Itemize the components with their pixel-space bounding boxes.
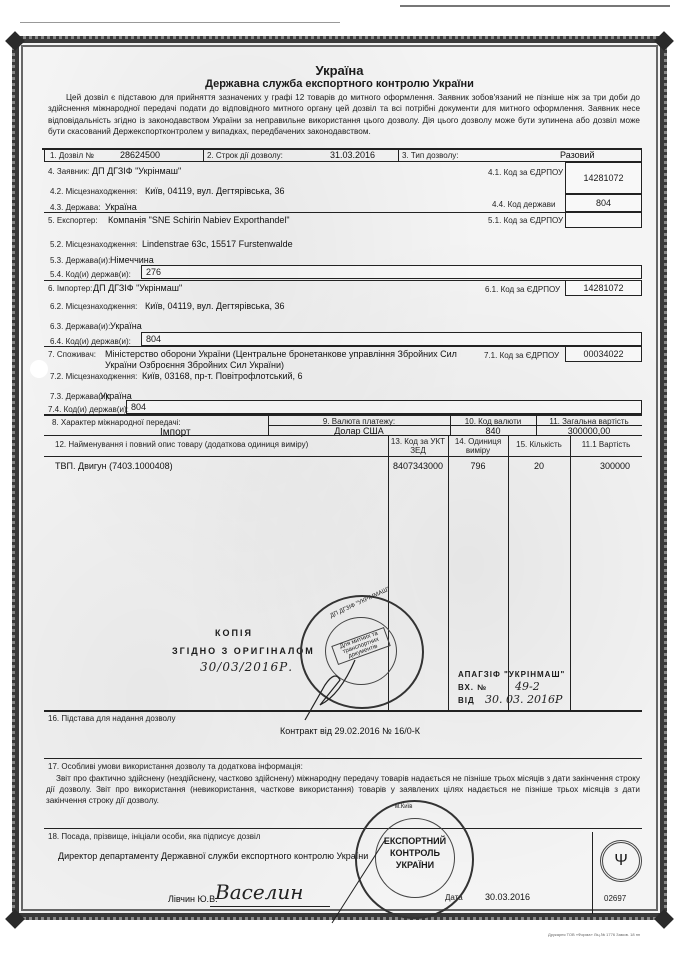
- copy-stamp-line1: КОПІЯ: [215, 628, 253, 638]
- document-agency: Державна служба експортного контролю Укр…: [0, 78, 679, 90]
- applicant-state-label: 4.3. Держава:: [50, 203, 101, 212]
- goods-header-description: 12. Найменування і повний опис товару (д…: [55, 440, 308, 449]
- divider: [44, 212, 642, 213]
- registration-date: 30. 03. 2016Р: [485, 693, 562, 706]
- document-country: Україна: [0, 63, 679, 78]
- applicant-address: Київ, 04119, вул. Дегтярівська, 36: [145, 186, 284, 196]
- signature-stroke-icon: [330, 835, 390, 925]
- table-column-divider: [508, 435, 509, 710]
- print-note: Друкарня ТОВ «Форма» Ліц.№ 1776 Замов. 1…: [548, 932, 640, 937]
- signature: Васелин: [215, 880, 303, 904]
- copy-stamp-line2: ЗГІДНО З ОРИГІНАЛОМ: [172, 646, 315, 656]
- applicant-state-code: 804: [565, 194, 642, 212]
- permit-type-label: 3. Тип дозволу:: [402, 151, 458, 160]
- exporter-state-code: 276: [141, 265, 642, 279]
- basis-value: Контракт від 29.02.2016 № 16/0-К: [280, 726, 420, 736]
- importer-address: Київ, 04119, вул. Дегтярівська, 36: [145, 301, 284, 311]
- scan-artifact-line: [20, 22, 340, 23]
- importer-name: ДП ДГЗІФ "Укрінмаш": [93, 283, 182, 293]
- consumer-name-line1: Міністерство оборони України (Центральне…: [105, 349, 457, 359]
- divider: [44, 435, 642, 436]
- goods-header-code: 13. Код за УКТ ЗЕД: [388, 437, 448, 455]
- registration-stamp-line1: АПАГЗІФ "УКРІНМАШ": [458, 670, 565, 679]
- exporter-address: Lindenstrae 63c, 15517 Furstenwalde: [142, 239, 293, 249]
- table-column-divider: [570, 435, 571, 710]
- exporter-label: 5. Експортер:: [48, 216, 98, 225]
- transfer-nature: Імпорт: [160, 427, 191, 438]
- consumer-state-code: 804: [126, 400, 642, 414]
- signatory-position: Директор департаменту Державної служби е…: [58, 851, 368, 861]
- divider: [44, 346, 642, 347]
- goods-code: 8407343000: [388, 461, 448, 471]
- consumer-edrpou: 00034022: [565, 346, 642, 362]
- divider: [44, 828, 642, 829]
- goods-description: ТВП. Двигун (7403.1000408): [55, 461, 173, 471]
- importer-state-code: 804: [141, 332, 642, 346]
- basis-label: 16. Підстава для надання дозволу: [48, 714, 175, 723]
- applicant-edrpou-label: 4.1. Код за ЄДРПОУ: [488, 168, 563, 177]
- goods-value: 300000: [600, 461, 630, 471]
- importer-label: 6. Імпортер:: [48, 284, 92, 293]
- goods-header-value: 11.1 Вартість: [570, 440, 642, 449]
- trident-emblem-icon: Ψ: [600, 840, 642, 882]
- exporter-state-code-label: 5.4. Код(и) держав(и):: [50, 270, 131, 279]
- signature-scribble-icon: [300, 655, 360, 725]
- importer-state-label: 6.3. Держава(и):: [50, 322, 110, 331]
- applicant-address-label: 4.2. Місцезнаходження:: [50, 187, 137, 196]
- applicant-state: Україна: [105, 202, 137, 212]
- intro-paragraph: Цей дозвіл є підставою для прийняття заз…: [48, 92, 640, 138]
- divider: [592, 832, 593, 914]
- special-conditions-label: 17. Особливі умови використання дозволу …: [48, 762, 303, 771]
- permit-validity: 31.03.2016: [330, 150, 375, 160]
- registration-number-label: ВХ. №: [458, 683, 487, 692]
- exporter-address-label: 5.2. Місцезнаходження:: [50, 240, 137, 249]
- permit-validity-label: 2. Строк дії дозволу:: [207, 151, 283, 160]
- registration-number: 49-2: [515, 680, 540, 693]
- table-column-divider: [448, 435, 449, 710]
- goods-header-unit: 14. Одиниця виміру: [448, 437, 508, 455]
- consumer-state-code-label: 7.4. Код(и) держав(и):: [48, 405, 129, 414]
- applicant-label: 4. Заявник:: [48, 167, 89, 176]
- registration-date-label: ВІД: [458, 696, 475, 705]
- scan-artifact-top: [400, 5, 670, 7]
- signatory-label: 18. Посада, прізвище, ініціали особи, як…: [48, 832, 260, 841]
- consumer-address-label: 7.2. Місцезнаходження:: [50, 372, 137, 381]
- total-value-label: 11. Загальна вартість: [536, 417, 642, 426]
- signature-date: 30.03.2016: [485, 892, 530, 902]
- signature-line: [210, 906, 330, 907]
- permit-number-label: 1. Дозвіл №: [50, 151, 94, 160]
- divider: [44, 710, 642, 712]
- copy-stamp-date: 30/03/2016Р.: [200, 660, 293, 674]
- divider: [203, 149, 204, 162]
- punch-hole: [30, 360, 48, 378]
- consumer-address: Київ, 03168, пр-т. Повітрофлотський, 6: [142, 371, 303, 381]
- applicant-state-code-label: 4.4. Код держави: [492, 200, 555, 209]
- divider: [398, 149, 399, 162]
- signatory-name: Лівчин Ю.В.: [168, 894, 218, 904]
- divider: [44, 456, 642, 457]
- exporter-edrpou-label: 5.1. Код за ЄДРПОУ: [488, 216, 563, 225]
- currency-code-label: 10. Код валюти: [450, 417, 536, 426]
- goods-unit: 796: [448, 461, 508, 471]
- export-control-seal-city: м.Київ: [395, 804, 413, 810]
- consumer-edrpou-label: 7.1. Код за ЄДРПОУ: [484, 351, 559, 360]
- divider: [44, 414, 642, 416]
- exporter-edrpou: [565, 212, 642, 228]
- importer-state-code-label: 6.4. Код(и) держав(и):: [50, 337, 131, 346]
- divider: [44, 758, 642, 759]
- special-conditions-text: Звіт про фактично здійснену (нездійснену…: [46, 773, 640, 806]
- importer-edrpou: 14281072: [565, 280, 642, 296]
- permit-number: 28624500: [120, 150, 160, 160]
- exporter-state: Німеччина: [110, 255, 154, 265]
- importer-state: Україна: [110, 321, 142, 331]
- applicant-edrpou: 14281072: [565, 162, 642, 194]
- consumer-name-line2: України Озброєння Збройних Сил України): [105, 360, 284, 370]
- applicant-name: ДП ДГЗІФ "Укрінмаш": [92, 166, 181, 176]
- divider: [44, 280, 642, 281]
- permit-type: Разовий: [560, 150, 594, 160]
- importer-edrpou-label: 6.1. Код за ЄДРПОУ: [485, 285, 560, 294]
- transfer-nature-label: 8. Характер міжнародної передачі:: [52, 418, 181, 427]
- exporter-state-label: 5.3. Держава(и):: [50, 256, 110, 265]
- goods-header-quantity: 15. Кількість: [508, 440, 570, 449]
- goods-quantity: 20: [508, 461, 570, 471]
- exporter-name: Компанія "SNE Schirin Nabiev Exporthande…: [108, 215, 290, 225]
- importer-address-label: 6.2. Місцезнаходження:: [50, 302, 137, 311]
- serial-number: 02697: [604, 894, 626, 903]
- consumer-label: 7. Споживач:: [48, 350, 96, 359]
